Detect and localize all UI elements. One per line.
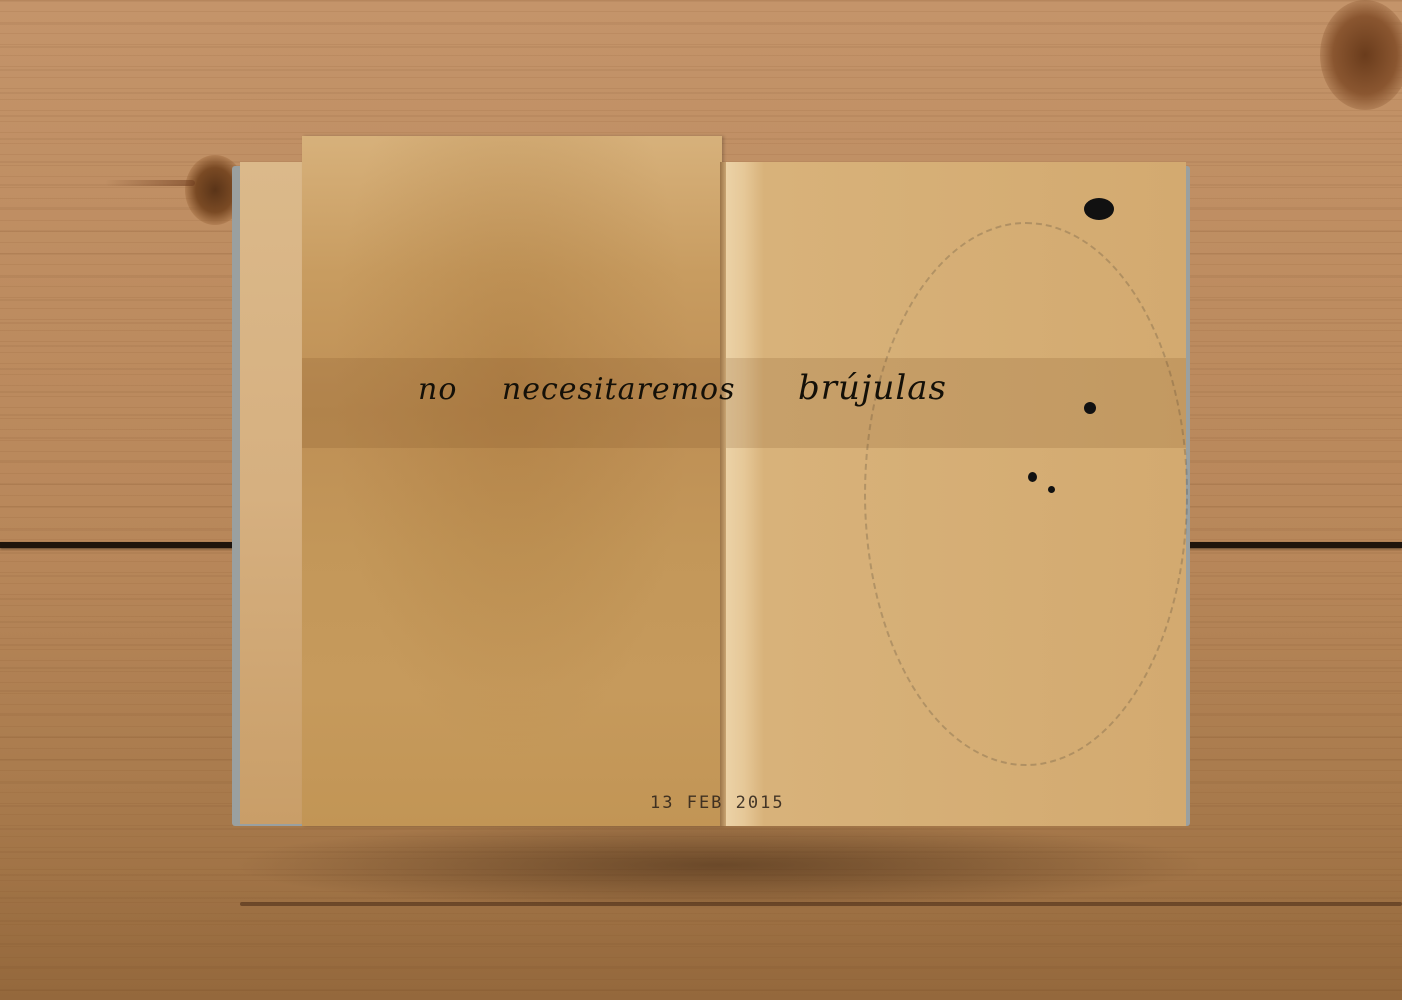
ink-blot	[1084, 402, 1096, 414]
handwritten-text-left: no necesitaremos	[418, 372, 735, 407]
wood-knot-corner	[1320, 0, 1402, 110]
wood-knot-streak	[105, 180, 195, 186]
ink-blot	[1084, 198, 1114, 220]
ink-blot	[1048, 486, 1055, 493]
handwritten-text-right: brújulas	[798, 368, 947, 408]
book-shadow	[230, 820, 1210, 910]
book-gutter	[720, 162, 726, 826]
right-page	[724, 162, 1186, 826]
left-page	[302, 136, 722, 826]
ink-blot	[1028, 472, 1037, 482]
open-book	[232, 136, 1194, 830]
date-stamp: 13 FEB 2015	[650, 793, 785, 813]
